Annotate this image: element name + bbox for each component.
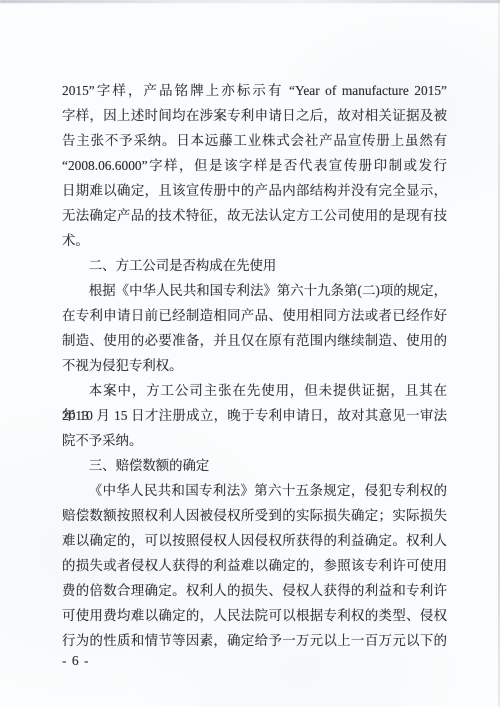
text-line: 赔偿数额按照权利人因被侵权所受到的实际损失确定；实际损失 xyxy=(62,503,447,528)
text-line: 费的倍数合理确定。权利人的损失、侵权人获得的利益和专利许 xyxy=(62,578,447,603)
text-line: 《中华人民共和国专利法》第六十五条规定，侵犯专利权的 xyxy=(62,478,447,503)
text-line: 2015”字样，产品铭牌上亦标示有 “Year of manufacture 2… xyxy=(62,78,447,103)
text-line: 无法确定产品的技术特征，故无法认定方工公司使用的是现有技 xyxy=(62,203,447,228)
text-line: 的损失或者侵权人获得的利益难以确定的，参照该专利许可使用 xyxy=(62,553,447,578)
text-line: 术。 xyxy=(62,228,447,253)
text-line: 院不予采纳。 xyxy=(62,428,447,453)
text-line: 年 10 月 15 日才注册成立，晚于专利申请日，故对其意见一审法 xyxy=(62,403,447,428)
text-line: 可使用费均难以确定的，人民法院可以根据专利权的类型、侵权 xyxy=(62,603,447,628)
text-line: 告主张不予采纳。日本远藤工业株式会社产品宣传册上虽然有 xyxy=(62,128,447,153)
document-body: 2015”字样，产品铭牌上亦标示有 “Year of manufacture 2… xyxy=(62,78,447,653)
scanned-page: 2015”字样，产品铭牌上亦标示有 “Year of manufacture 2… xyxy=(0,0,500,707)
text-line: 字样，因上述时间均在涉案专利申请日之后，故对相关证据及被 xyxy=(62,103,447,128)
text-line: 二、方工公司是否构成在先使用 xyxy=(62,253,447,278)
text-line: 根据《中华人民共和国专利法》第六十九条第(二)项的规定， xyxy=(62,278,447,303)
text-line: “2008.06.6000”字样，但是该字样是否代表宣传册印制或发行 xyxy=(62,153,447,178)
text-line: 制造、使用的必要准备，并且仅在原有范围内继续制造、使用的 xyxy=(62,328,447,353)
text-line: 本案中，方工公司主张在先使用，但未提供证据，且其在 2013 xyxy=(62,378,447,403)
text-line: 日期难以确定，且该宣传册中的产品内部结构并没有完全显示， xyxy=(62,178,447,203)
text-line: 难以确定的，可以按照侵权人因侵权所获得的利益确定。权利人 xyxy=(62,528,447,553)
text-line: 行为的性质和情节等因素，确定给予一万元以上一百万元以下的 xyxy=(62,628,447,653)
text-line: 三、赔偿数额的确定 xyxy=(62,453,447,478)
text-line: 不视为侵犯专利权。 xyxy=(62,353,447,378)
text-line: 在专利申请日前已经制造相同产品、使用相同方法或者已经作好 xyxy=(62,303,447,328)
scan-edge-top xyxy=(0,0,500,3)
page-number: - 6 - xyxy=(62,651,90,671)
